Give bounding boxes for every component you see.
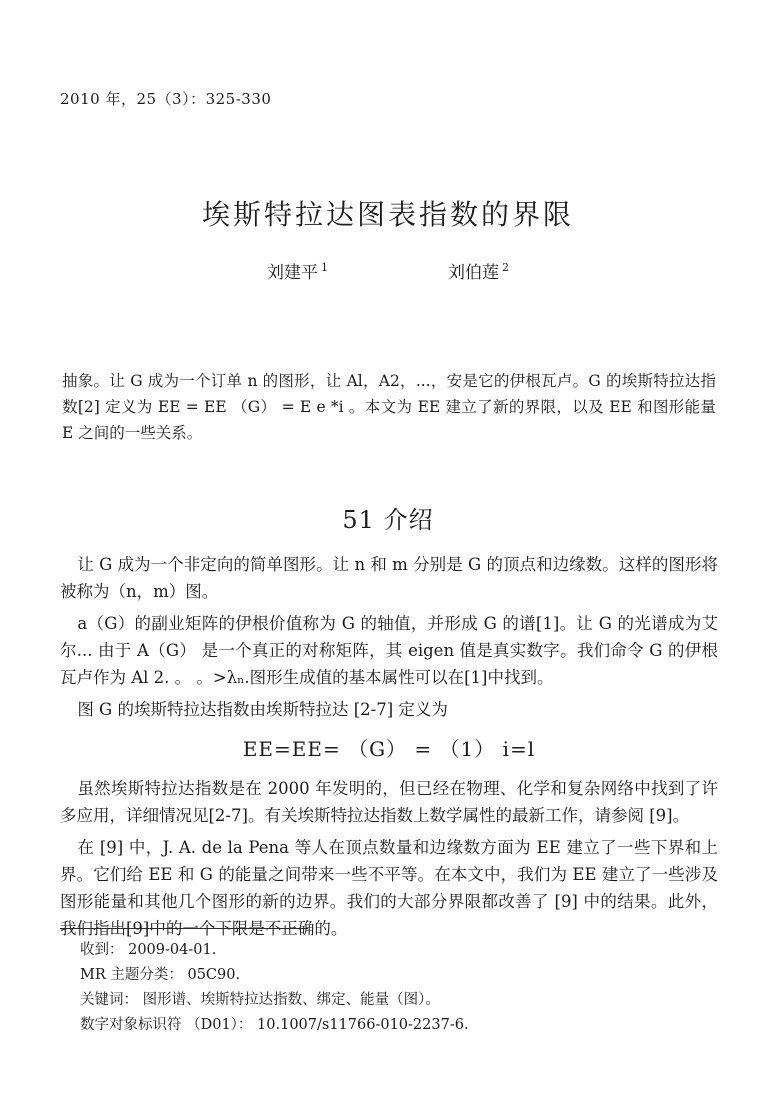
paragraph-1: 让 G 成为一个非定向的简单图形。让 n 和 m 分别是 G 的顶点和边缘数。这…	[60, 551, 718, 605]
journal-reference: 2010 年，25（3）：325-330	[60, 88, 271, 109]
paragraph-2: a（G）的副业矩阵的伊根价值称为 G 的轴值，并形成 G 的谱[1]。让 G 的…	[60, 610, 718, 691]
author-1-superscript: 1	[321, 261, 328, 274]
footnote-received-date: 收到： 2009-04-01.	[60, 938, 660, 963]
footnote-block: 收到： 2009-04-01. MR 主题分类： 05C90. 关键词： 图形谱…	[60, 928, 660, 1038]
paragraph-3: 图 G 的埃斯特拉达指数由埃斯特拉达 [2-7] 定义为	[60, 696, 718, 723]
author-1-name: 刘建平	[267, 263, 318, 283]
author-2-superscript: 2	[502, 261, 509, 274]
author-1: 刘建平1	[267, 258, 328, 283]
document-page: 2010 年，25（3）：325-330 埃斯特拉达图表指数的界限 刘建平1 刘…	[0, 0, 776, 1118]
footnote-doi: 数字对象标识符 （D01）： 10.1007/s11766-010-2237-6…	[60, 1013, 660, 1038]
abstract-text: 抽象。让 G 成为一个订单 n 的图形，让 Al，A2，...，安是它的伊根瓦卢…	[62, 368, 716, 446]
paper-title: 埃斯特拉达图表指数的界限	[0, 193, 776, 233]
footnote-mr-classification: MR 主题分类： 05C90.	[60, 963, 660, 988]
authors-row: 刘建平1 刘伯莲2	[0, 258, 776, 283]
footnote-keywords: 关键词： 图形谱、埃斯特拉达指数、绑定、能量（图）。	[60, 988, 660, 1013]
author-2: 刘伯莲2	[448, 258, 509, 283]
body-content: 让 G 成为一个非定向的简单图形。让 n 和 m 分别是 G 的顶点和边缘数。这…	[60, 551, 718, 942]
paragraph-4: 虽然埃斯特拉达指数是在 2000 年发明的，但已经在物理、化学和复杂网络中找到了…	[60, 775, 718, 829]
section-heading: 51 介绍	[0, 500, 776, 535]
estrada-index-equation: EE=EE= （G） = （1） i=l	[60, 736, 718, 763]
paragraph-5: 在 [9] 中，J. A. de la Pena 等人在顶点数量和边缘数方面为 …	[60, 834, 718, 942]
author-2-name: 刘伯莲	[448, 263, 499, 283]
footnote-rule	[60, 928, 308, 929]
